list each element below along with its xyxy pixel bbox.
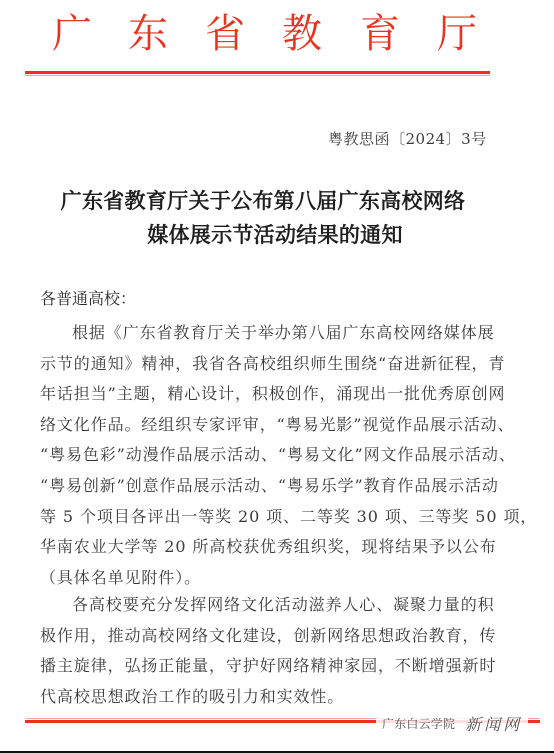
masthead-char: 东 (128, 6, 168, 62)
masthead: 广 东 省 教 育 厅 (0, 6, 554, 62)
text-line: 代高校思想政治工作的吸引力和实效性。 (40, 682, 510, 713)
document-title-line-1: 广东省教育厅关于公布第八届广东高校网络 (0, 186, 540, 216)
paragraph-requirements: 各高校要充分发挥网络文化活动滋养人心、凝聚力量的积 极作用，推动高校网络文化建设… (40, 590, 510, 712)
text-line: 络文化作品。经组织专家评审，“粤易光影”视觉作品展示活动、 (40, 410, 510, 441)
text-line: “粤易色彩”动漫作品展示活动、“粤易文化”网文作品展示活动、 (40, 440, 510, 471)
masthead-char: 育 (360, 6, 400, 62)
masthead-char: 省 (205, 6, 245, 62)
text-line: 年话担当”主题，精心设计，积极创作，涌现出一批优秀原创网 (40, 379, 510, 410)
masthead-char: 广 (52, 6, 92, 62)
text-line: 各高校要充分发挥网络文化活动滋养人心、凝聚力量的积 (40, 590, 510, 621)
text-line: 极作用，推动高校网络文化建设，创新网络思想政治教育，传 (40, 621, 510, 652)
watermark: 广东白云学院 新闻网 (376, 712, 528, 734)
text-line: 示节的通知》精神，我省各高校组织师生围绕“奋进新征程，青 (40, 349, 510, 380)
text-line: 播主旋律，弘扬正能量，守护好网络精神家园，不断增强新时 (40, 651, 510, 682)
text-line: 等 5 个项目各评出一等奖 20 项、二等奖 30 项、三等奖 50 项， (40, 502, 510, 533)
masthead-char: 厅 (437, 6, 477, 62)
masthead-divider-thin (25, 75, 490, 76)
paragraph-announcement: 根据《广东省教育厅关于举办第八届广东高校网络媒体展 示节的通知》精神，我省各高校… (40, 318, 510, 593)
document-number: 粤教思函〔2024〕3号 (328, 128, 487, 150)
document-title-line-2: 媒体展示节活动结果的通知 (0, 220, 552, 250)
watermark-org: 广东白云学院 (382, 715, 455, 732)
salutation: 各普通高校： (40, 287, 136, 311)
text-line: 根据《广东省教育厅关于举办第八届广东高校网络媒体展 (40, 318, 510, 349)
masthead-divider (25, 71, 490, 74)
text-line: “粤易创新”创意作品展示活动、“粤易乐学”教育作品展示活动 (40, 471, 510, 502)
text-line: （具体名单见附件）。 (40, 563, 510, 594)
watermark-label: 新闻网 (465, 712, 522, 735)
text-line: 华南农业大学等 20 所高校获优秀组织奖，现将结果予以公布 (40, 532, 510, 563)
masthead-char: 教 (282, 6, 322, 62)
